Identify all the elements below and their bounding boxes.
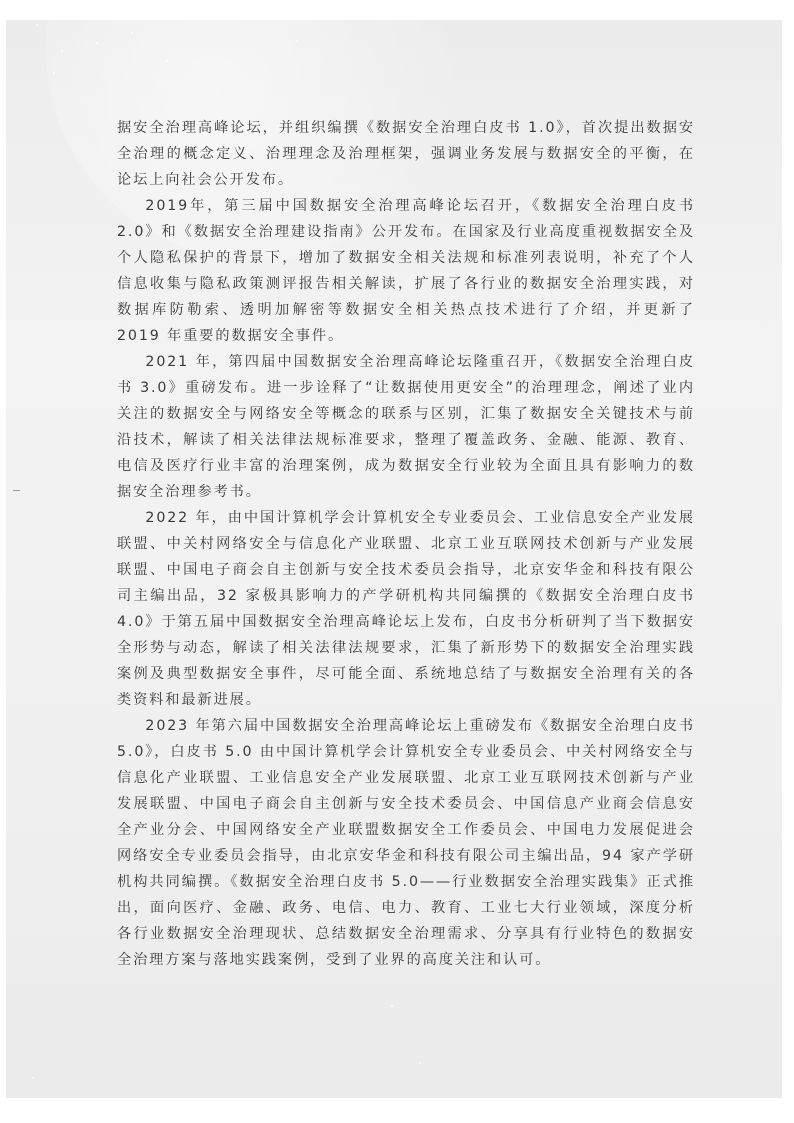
star-decoration: [296, 40, 298, 42]
paragraph: 2022 年，由中国计算机学会计算机安全专业委员会、工业信息安全产业发展联盟、中…: [117, 505, 695, 713]
star-decoration: [131, 32, 133, 34]
star-decoration: [166, 60, 168, 62]
paragraph: 2021 年，第四届中国数据安全治理高峰论坛隆重召开，《数据安全治理白皮书 3.…: [117, 349, 695, 505]
star-decoration: [53, 72, 55, 74]
paragraph: 据安全治理高峰论坛，并组织编撰《数据安全治理白皮书 1.0》，首次提出数据安全治…: [117, 115, 695, 193]
star-decoration: [96, 42, 98, 44]
star-decoration: [391, 1005, 393, 1007]
paragraph: 2019年，第三届中国数据安全治理高峰论坛召开，《数据安全治理白皮书 2.0》和…: [117, 193, 695, 349]
document-body: 据安全治理高峰论坛，并组织编撰《数据安全治理白皮书 1.0》，首次提出数据安全治…: [117, 115, 695, 973]
star-decoration: [32, 1077, 34, 1079]
margin-mark: [13, 490, 20, 491]
star-decoration: [61, 50, 63, 52]
star-decoration: [419, 1062, 421, 1064]
paragraph: 2023 年第六届中国数据安全治理高峰论坛上重磅发布《数据安全治理白皮书 5.0…: [117, 713, 695, 973]
star-decoration: [36, 24, 38, 26]
